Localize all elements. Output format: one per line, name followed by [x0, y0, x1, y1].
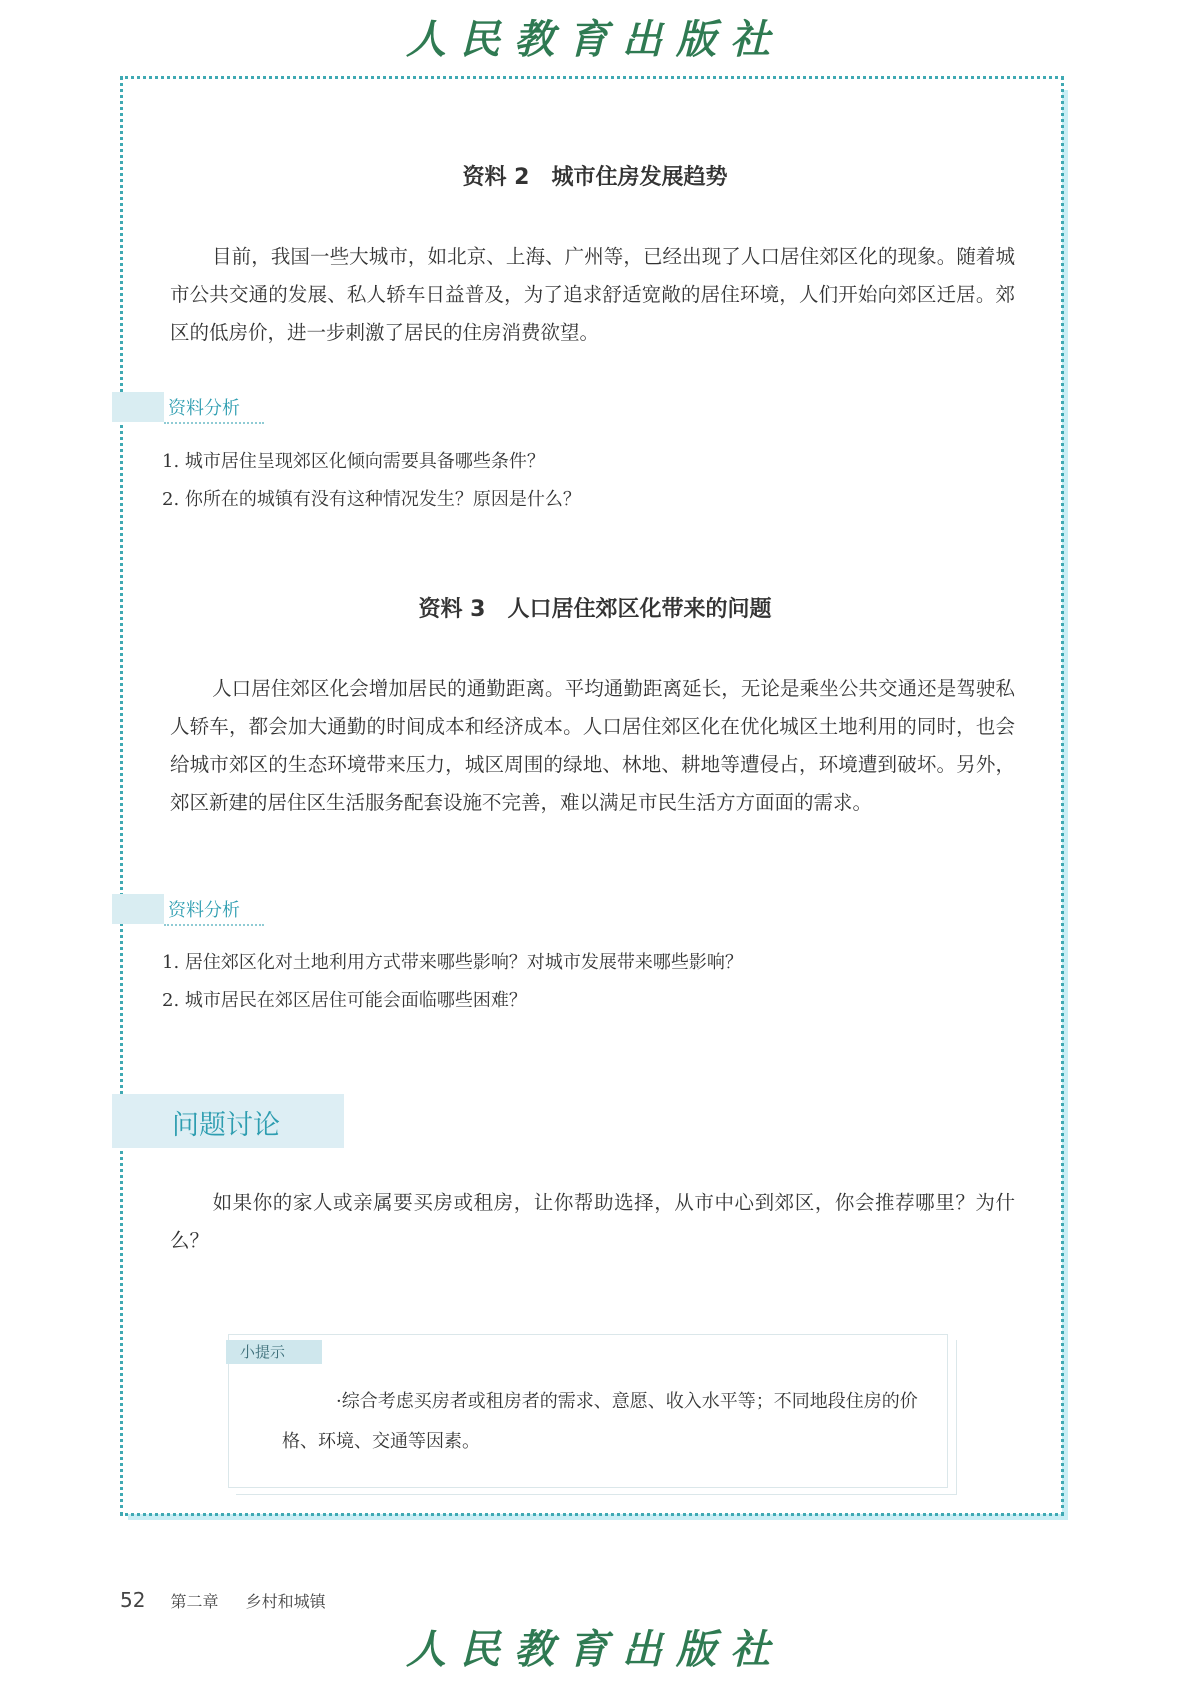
tag-block: [112, 392, 164, 422]
analysis-tag-2: 资料分析: [112, 894, 252, 924]
page-number: 52: [120, 1588, 145, 1612]
tip-label: 小提示: [226, 1340, 322, 1364]
material3-question-2: 2. 城市居民在郊区居住可能会面临哪些困难？: [162, 986, 527, 1012]
tag-underline: [164, 924, 264, 926]
material2-question-2: 2. 你所在的城镇有没有这种情况发生？原因是什么？: [162, 485, 581, 511]
discussion-heading: 问题讨论: [112, 1094, 344, 1148]
material2-paragraph: 目前，我国一些大城市，如北京、上海、广州等，已经出现了人口居住郊区化的现象。随着…: [170, 238, 1015, 352]
discussion-text: 如果你的家人或亲属要买房或租房，让你帮助选择，从市中心到郊区，你会推荐哪里？为什…: [170, 1191, 1015, 1252]
material3-title: 资料 3 人口居住郊区化带来的问题: [0, 592, 1190, 623]
tag-underline: [164, 422, 264, 424]
analysis-label: 资料分析: [168, 896, 240, 922]
section-label: 乡村和城镇: [246, 1592, 326, 1611]
material2-question-1: 1. 城市居住呈现郊区化倾向需要具备哪些条件？: [162, 447, 545, 473]
material3-text: 人口居住郊区化会增加居民的通勤距离。平均通勤距离延长，无论是乘坐公共交通还是驾驶…: [170, 677, 1015, 814]
tip-content: ·综合考虑买房者或租房者的需求、意愿、收入水平等；不同地段住房的价格、环境、交通…: [282, 1391, 918, 1452]
analysis-tag-1: 资料分析: [112, 392, 252, 422]
material3-paragraph: 人口居住郊区化会增加居民的通勤距离。平均通勤距离延长，无论是乘坐公共交通还是驾驶…: [170, 670, 1015, 822]
discussion-paragraph: 如果你的家人或亲属要买房或租房，让你帮助选择，从市中心到郊区，你会推荐哪里？为什…: [170, 1184, 1015, 1260]
chapter-label: 第二章: [171, 1592, 219, 1611]
tag-block: [112, 894, 164, 924]
page-footer: 52 第二章 乡村和城镇: [120, 1588, 326, 1612]
publisher-logo-bottom: 人民教育出版社: [0, 1618, 1190, 1675]
publisher-logo-top: 人民教育出版社: [0, 8, 1190, 65]
analysis-label: 资料分析: [168, 394, 240, 420]
material2-text: 目前，我国一些大城市，如北京、上海、广州等，已经出现了人口居住郊区化的现象。随着…: [170, 245, 1015, 344]
material3-question-1: 1. 居住郊区化对土地利用方式带来哪些影响？对城市发展带来哪些影响？: [162, 948, 743, 974]
tip-text: ·综合考虑买房者或租房者的需求、意愿、收入水平等；不同地段住房的价格、环境、交通…: [282, 1382, 922, 1462]
material2-title: 资料 2 城市住房发展趋势: [0, 160, 1190, 191]
discussion-label: 问题讨论: [172, 1103, 280, 1142]
